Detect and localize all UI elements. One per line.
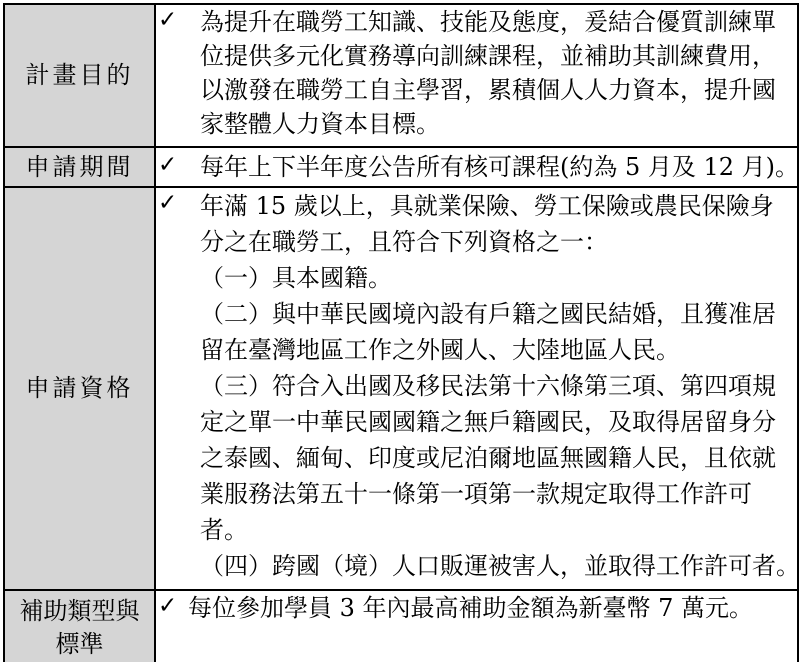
bullet-item: ✓ 每年上下半年度公告所有核可課程(約為 5 月及 12 月)。 <box>156 150 797 184</box>
content-line: 以激發在職勞工自主學習，累積個人人力資本，提升國 <box>200 73 797 107</box>
content-line: 家整體人力資本目標。 <box>200 107 797 141</box>
header-cell-subsidy-type: 補助類型與 標準 <box>4 590 155 662</box>
row-eligibility: 申請資格 ✓ 年滿 15 歲以上，具就業保險、勞工保險或農民保險身 分之在職勞工… <box>4 187 798 590</box>
content-line: 留在臺灣地區工作之外國人、大陸地區人民。 <box>200 332 797 368</box>
content-cell-subsidy-type: ✓ 每位參加學員 3 年內最高補助金額為新臺幣 7 萬元。 <box>155 590 798 662</box>
header-label: 申請資格 <box>5 372 154 405</box>
content-line: 定之單一中華民國國籍之無戶籍國民，及取得居留身分 <box>200 404 797 440</box>
content-line: （二）與中華民國境內設有戶籍之國民結婚，且獲准居 <box>200 296 797 332</box>
checkmark-icon: ✓ <box>158 7 177 33</box>
row-plan-purpose: 計畫目的 ✓ 為提升在職勞工知識、技能及態度，爰結合優質訓練單 位提供多元化實務… <box>4 4 798 147</box>
bullet-item: ✓ 年滿 15 歲以上，具就業保險、勞工保險或農民保險身 分之在職勞工，且符合下… <box>156 188 797 584</box>
header-cell-eligibility: 申請資格 <box>4 187 155 590</box>
bullet-item: ✓ 每位參加學員 3 年內最高補助金額為新臺幣 7 萬元。 <box>156 591 797 625</box>
header-cell-plan-purpose: 計畫目的 <box>4 4 155 147</box>
content-line: 為提升在職勞工知識、技能及態度，爰結合優質訓練單 <box>200 5 797 39</box>
content-line: 者。 <box>200 512 797 548</box>
header-cell-application-period: 申請期間 <box>4 147 155 187</box>
content-line: 每位參加學員 3 年內最高補助金額為新臺幣 7 萬元。 <box>188 591 797 625</box>
row-subsidy-type: 補助類型與 標準 ✓ 每位參加學員 3 年內最高補助金額為新臺幣 7 萬元。 <box>4 590 798 662</box>
content-line: 每年上下半年度公告所有核可課程(約為 5 月及 12 月)。 <box>200 150 797 184</box>
header-label: 申請期間 <box>5 151 154 184</box>
program-info-table: 計畫目的 ✓ 為提升在職勞工知識、技能及態度，爰結合優質訓練單 位提供多元化實務… <box>3 3 799 662</box>
bullet-item: ✓ 為提升在職勞工知識、技能及態度，爰結合優質訓練單 位提供多元化實務導向訓練課… <box>156 5 797 141</box>
content-cell-plan-purpose: ✓ 為提升在職勞工知識、技能及態度，爰結合優質訓練單 位提供多元化實務導向訓練課… <box>155 4 798 147</box>
content-line: （三）符合入出國及移民法第十六條第三項、第四項規 <box>200 368 797 404</box>
content-line: 業服務法第五十一條第一項第一款規定取得工作許可 <box>200 476 797 512</box>
checkmark-icon: ✓ <box>158 190 177 216</box>
header-label: 標準 <box>5 628 154 661</box>
content-line: （一）具本國籍。 <box>200 260 797 296</box>
checkmark-icon: ✓ <box>158 152 177 178</box>
content-cell-application-period: ✓ 每年上下半年度公告所有核可課程(約為 5 月及 12 月)。 <box>155 147 798 187</box>
content-line: 年滿 15 歲以上，具就業保險、勞工保險或農民保險身 <box>200 188 797 224</box>
header-label: 計畫目的 <box>5 59 154 92</box>
row-application-period: 申請期間 ✓ 每年上下半年度公告所有核可課程(約為 5 月及 12 月)。 <box>4 147 798 187</box>
content-line: 位提供多元化實務導向訓練課程，並補助其訓練費用， <box>200 39 797 73</box>
content-cell-eligibility: ✓ 年滿 15 歲以上，具就業保險、勞工保險或農民保險身 分之在職勞工，且符合下… <box>155 187 798 590</box>
checkmark-icon: ✓ <box>158 593 177 619</box>
content-line: 之泰國、緬甸、印度或尼泊爾地區無國籍人民，且依就 <box>200 440 797 476</box>
header-label: 補助類型與 <box>5 595 154 628</box>
content-line: 分之在職勞工，且符合下列資格之一： <box>200 224 797 260</box>
content-line: （四）跨國（境）人口販運被害人，並取得工作許可者。 <box>200 548 797 584</box>
